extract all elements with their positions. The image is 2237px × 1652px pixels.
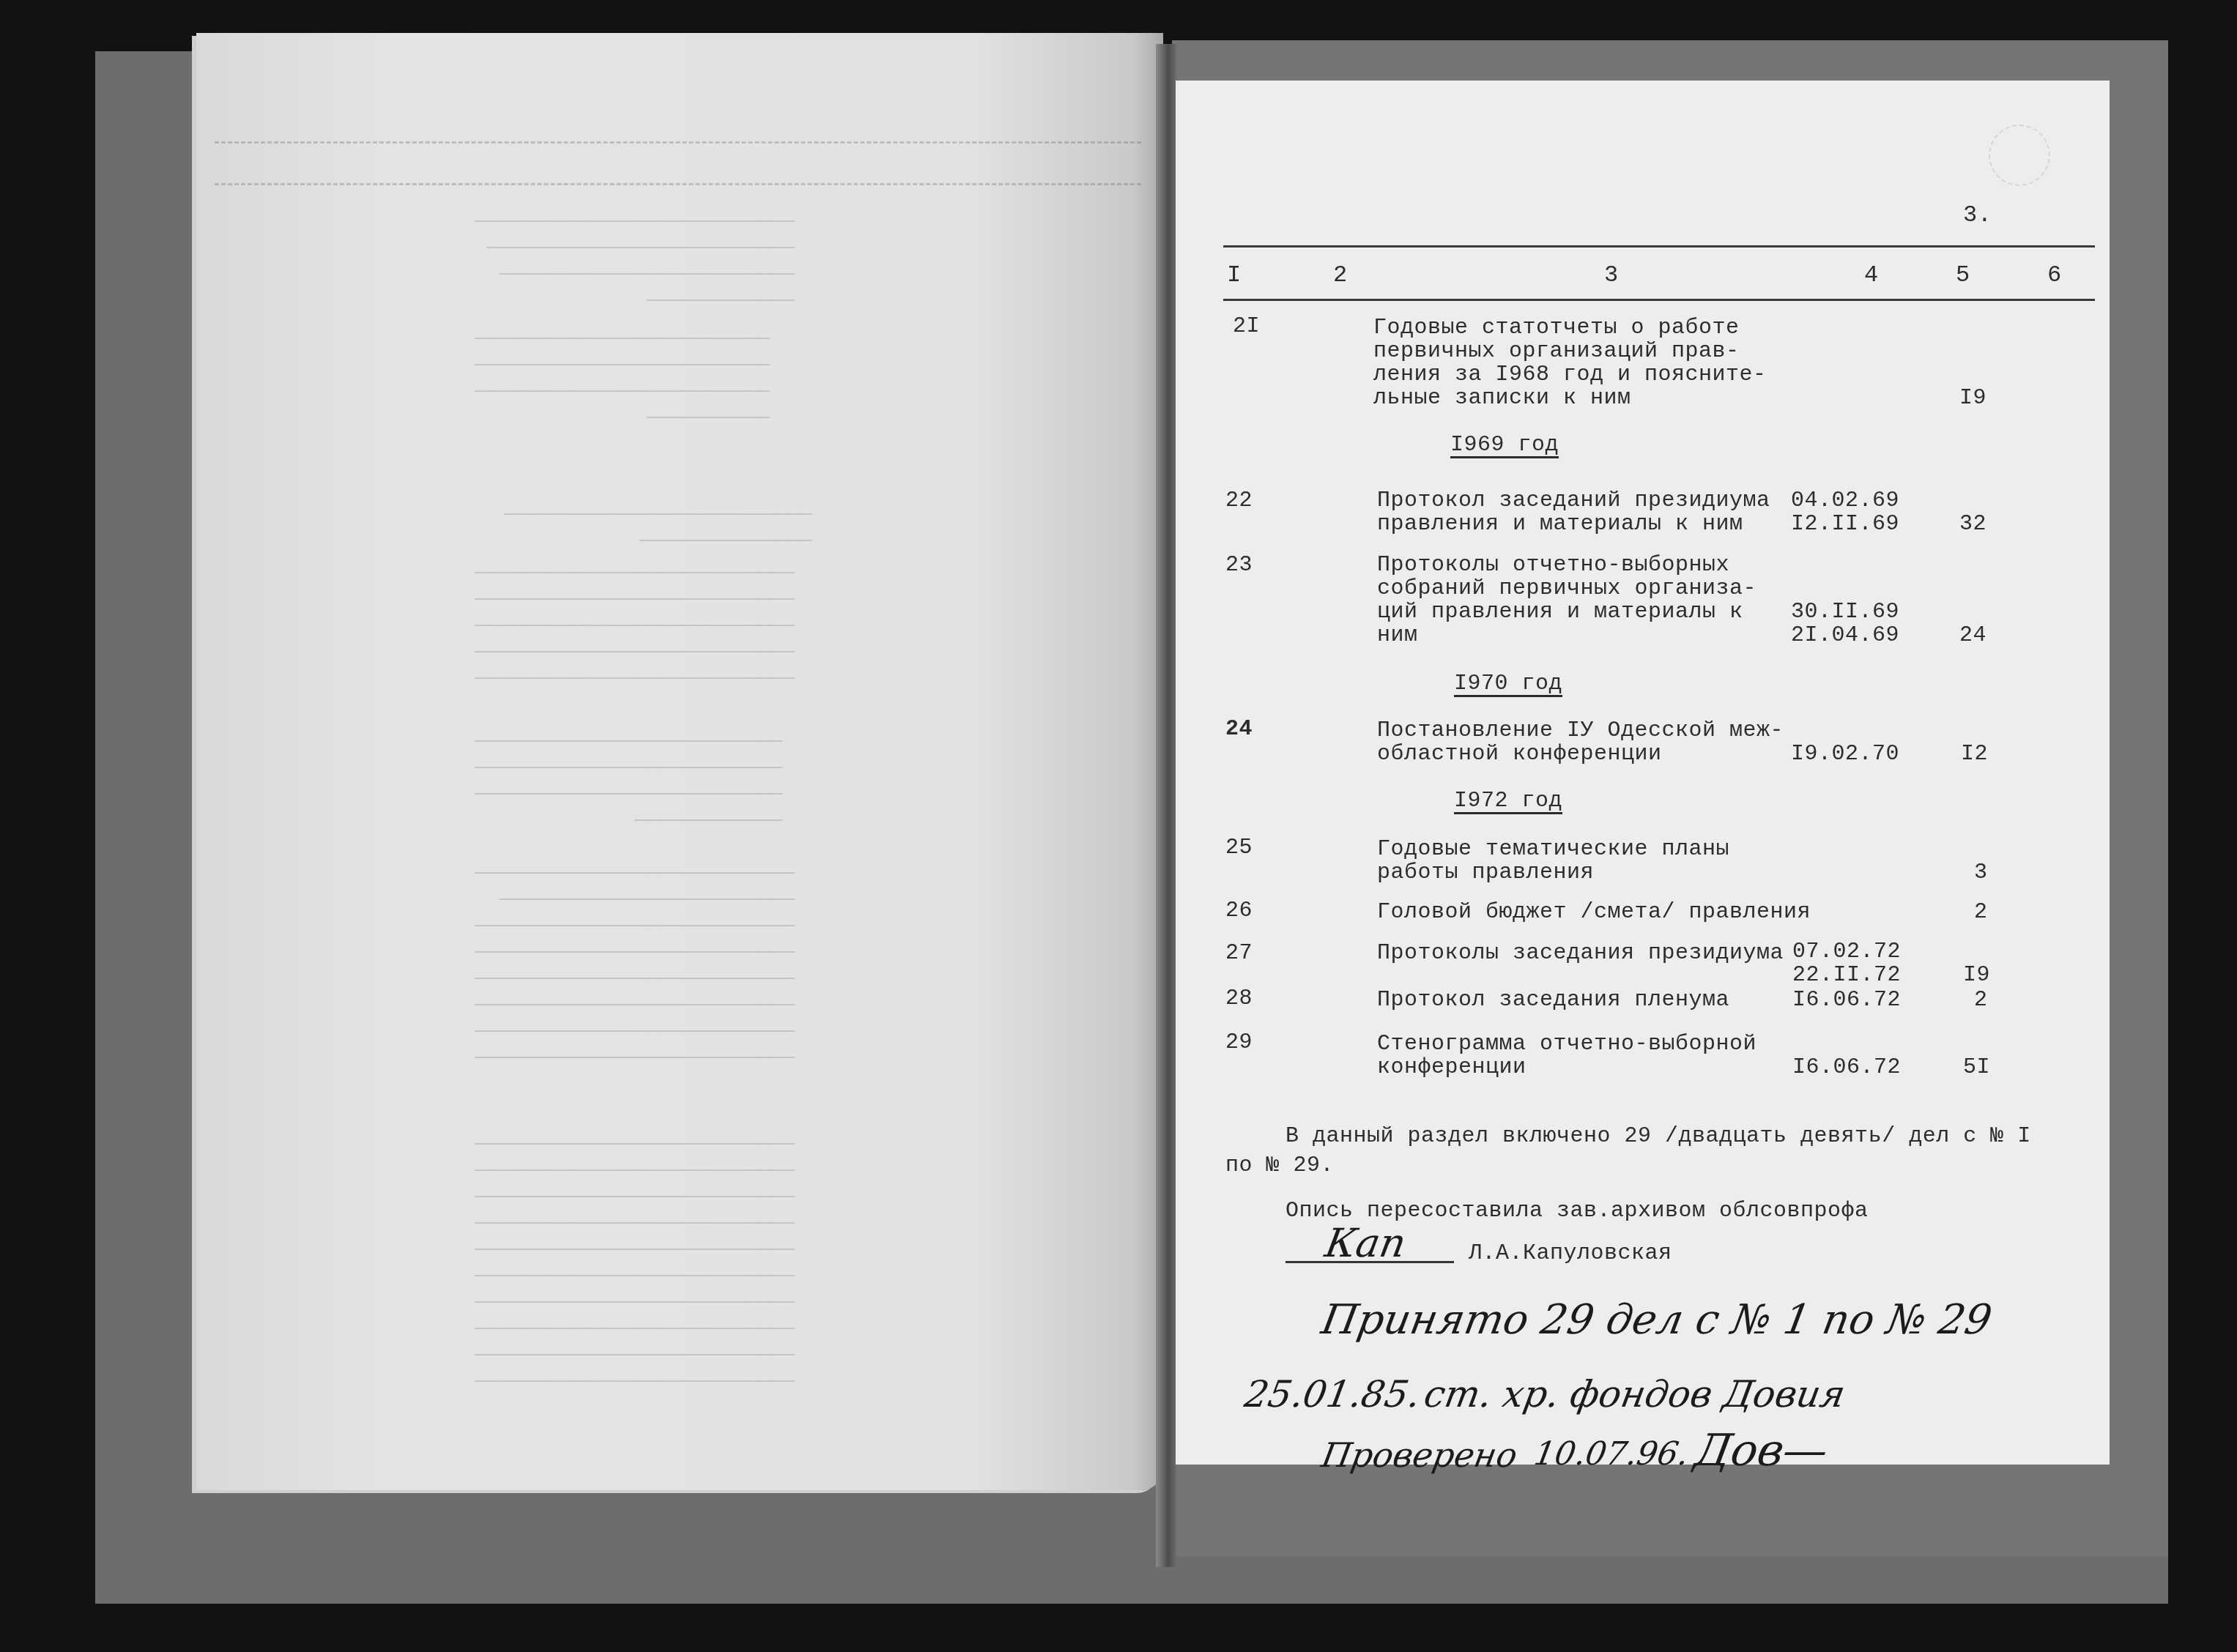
entry-title-line: первичных организаций прав- — [1373, 340, 1740, 363]
entry-date: 30.II.69 — [1791, 600, 1899, 624]
summary-line-2: по № 29. — [1225, 1154, 1334, 1177]
entry-number: 22 — [1225, 489, 1253, 513]
handwritten-checked-label: Проверено — [1318, 1435, 1520, 1475]
bleed-text-block: ———————————————————————— ———————————————… — [475, 326, 770, 431]
inventory-page: 3. I 2 3 4 5 6 2I Годовые статотчеты о р… — [1176, 81, 2110, 1465]
column-header-6: 6 — [2047, 264, 2062, 287]
bleed-rule — [215, 141, 1141, 144]
entry-number: 27 — [1225, 942, 1253, 965]
bleed-rule — [215, 183, 1141, 185]
entry-title-line: ним — [1377, 624, 1418, 647]
entry-date: 2I.04.69 — [1791, 624, 1899, 647]
entry-title-line: Протокол заседаний президиума — [1377, 489, 1770, 513]
entry-sheets: 32 — [1959, 513, 1986, 536]
entry-title-line: работы правления — [1377, 861, 1594, 885]
section-year-heading: I969 год — [1450, 434, 1559, 457]
column-header-3: 3 — [1604, 264, 1619, 287]
handwritten-custodian: ст. хр. фондов Довия — [1421, 1373, 1849, 1415]
entry-title-line: конференции — [1377, 1056, 1526, 1079]
page-number: 3. — [1963, 204, 1992, 227]
entry-number: 26 — [1225, 899, 1253, 923]
compiler-signature: Кап — [1321, 1220, 1409, 1266]
bleed-text-block: ————————————————————————— —————————————— — [504, 502, 812, 554]
entry-title-line: Протокол заседания пленума — [1377, 989, 1729, 1012]
section-year-heading: I972 год — [1454, 789, 1562, 813]
entry-sheets: 3 — [1974, 861, 1988, 885]
entry-sheets: 5I — [1963, 1056, 1990, 1079]
handwritten-date: 25.01.85. — [1242, 1373, 1424, 1415]
entry-title-line: ления за I968 год и поясните- — [1373, 363, 1767, 387]
entry-title-line: Протоколы отчетно-выборных — [1377, 554, 1729, 577]
section-year-heading: I970 год — [1454, 672, 1562, 696]
entry-date: I6.06.72 — [1792, 989, 1901, 1012]
handwritten-checked-date: 10.07.96. — [1532, 1435, 1692, 1473]
entry-sheets: I2 — [1961, 743, 1988, 766]
entry-title-line: собраний первичных организа- — [1377, 577, 1756, 600]
bleed-text-block: ————————————————————————— ——————————————… — [475, 729, 782, 834]
handwritten-checker-signature: Дов— — [1691, 1425, 1832, 1476]
summary-line-1: В данный раздел включено 29 /двадцать де… — [1286, 1125, 2031, 1148]
entry-sheets: 2 — [1974, 989, 1988, 1012]
entry-date: I6.06.72 — [1792, 1056, 1901, 1079]
bleed-text-block: —————————————————————————— —————————————… — [475, 1131, 795, 1395]
column-header-5: 5 — [1956, 264, 1970, 287]
entry-title-line: Постановление IУ Одесской меж- — [1377, 719, 1784, 743]
column-header-4: 4 — [1864, 264, 1879, 287]
entry-title-line: Стенограмма отчетно-выборной — [1377, 1032, 1756, 1056]
entry-title-line: льные записки к ним — [1373, 387, 1631, 410]
entry-sheets: 24 — [1959, 624, 1986, 647]
bleed-text-block: —————————————————————————— —————————————… — [475, 209, 795, 314]
entry-number: 29 — [1225, 1031, 1253, 1054]
entry-title-line: Головой бюджет /смета/ правления — [1377, 901, 1811, 924]
entry-number: 2I — [1233, 315, 1260, 338]
entry-date: I9.02.70 — [1791, 743, 1899, 766]
compiler-name: Л.А.Капуловская — [1469, 1242, 1672, 1265]
entry-number: 24 — [1225, 718, 1253, 741]
entry-sheets: I9 — [1959, 387, 1986, 410]
entry-title-line: областной конференции — [1377, 743, 1662, 766]
header-rule-top — [1223, 245, 2095, 248]
header-rule-bottom — [1223, 299, 2095, 301]
entry-date: 22.II.72 — [1792, 964, 1901, 987]
entry-number: 28 — [1225, 987, 1253, 1011]
entry-title-line: ций правления и материалы к — [1377, 600, 1743, 624]
bleed-text-block: —————————————————————————— —————————————… — [475, 860, 795, 1071]
faint-stamp — [1989, 124, 2050, 186]
entry-title-line: Годовые тематические планы — [1377, 838, 1729, 861]
binding-spine — [1156, 44, 1176, 1567]
column-header-1: I — [1227, 264, 1242, 287]
bleed-text-block: —————————————————————————— —————————————… — [475, 560, 795, 692]
handwritten-accepted-note: Принято 29 дел с № 1 по № 29 — [1318, 1296, 1995, 1344]
signature-line — [1286, 1261, 1454, 1263]
entry-date: I2.II.69 — [1791, 513, 1899, 536]
entry-number: 25 — [1225, 836, 1253, 860]
entry-title-line: Протоколы заседания президиума — [1377, 942, 1784, 965]
entry-sheets: 2 — [1974, 901, 1988, 924]
entry-title-line: Годовые статотчеты о работе — [1373, 316, 1740, 340]
entry-date: 04.02.69 — [1791, 489, 1899, 513]
column-header-2: 2 — [1333, 264, 1348, 287]
entry-title-line: правления и материалы к ним — [1377, 513, 1743, 536]
entry-number: 23 — [1225, 554, 1253, 577]
left-page-blank: —————————————————————————— —————————————… — [196, 33, 1163, 1490]
entry-date: 07.02.72 — [1792, 940, 1901, 964]
entry-sheets: I9 — [1963, 964, 1990, 987]
